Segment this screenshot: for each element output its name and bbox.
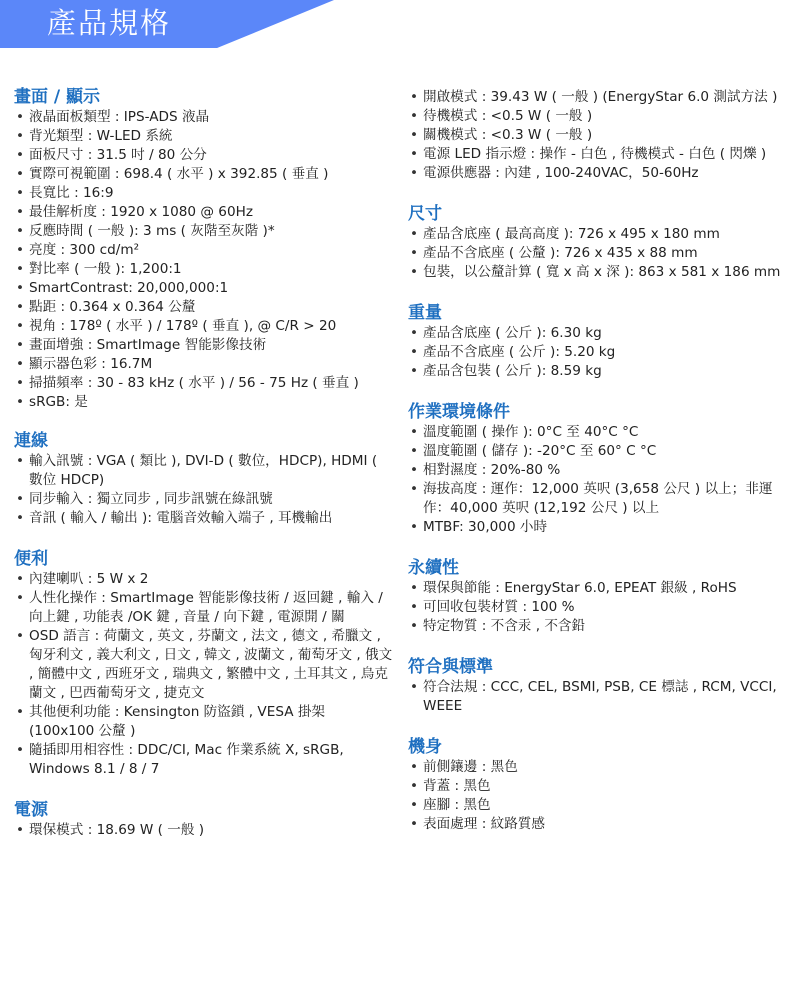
spec-list: 產品含底座 ( 公斤 ): 6.30 kg 產品不含底座 ( 公斤 ): 5.2…	[408, 324, 786, 381]
spec-list: 輸入訊號 : VGA ( 類比 ), DVI-D ( 數位，HDCP), HDM…	[14, 452, 394, 528]
section-dimensions: 尺寸 產品含底座 ( 最高高度 ): 726 x 495 x 180 mm 產品…	[408, 203, 786, 282]
left-column: 畫面 / 顯示 液晶面板類型 : IPS-ADS 液晶 背光類型 : W-LED…	[14, 86, 394, 860]
spec-item: 電源供應器 : 內建 , 100-240VAC，50-60Hz	[408, 164, 786, 183]
spec-item: 掃描頻率 : 30 - 83 kHz ( 水平 ) / 56 - 75 Hz (…	[14, 374, 394, 393]
section-sustainability: 永續性 環保與節能 : EnergyStar 6.0, EPEAT 銀級 , R…	[408, 557, 786, 636]
section-title: 永續性	[408, 557, 786, 579]
spec-item: 待機模式 : <0.5 W ( 一般 )	[408, 107, 786, 126]
spec-item: 背光類型 : W-LED 系統	[14, 127, 394, 146]
section-convenience: 便利 內建喇叭 : 5 W x 2 人性化操作 : SmartImage 智能影…	[14, 548, 394, 779]
section-cabinet: 機身 前側鑲邊 : 黑色 背蓋 : 黑色 座腳 : 黑色 表面處理 : 紋路質感	[408, 736, 786, 834]
spec-list: 環保模式 : 18.69 W ( 一般 )	[14, 821, 394, 840]
spec-item: 包裝，以公釐計算 ( 寬 x 高 x 深 ): 863 x 581 x 186 …	[408, 263, 786, 282]
section-power: 電源 環保模式 : 18.69 W ( 一般 )	[14, 799, 394, 840]
section-compliance: 符合與標準 符合法規 : CCC, CEL, BSMI, PSB, CE 標誌 …	[408, 656, 786, 716]
spec-item: 視角 : 178º ( 水平 ) / 178º ( 垂直 ), @ C/R > …	[14, 317, 394, 336]
right-column: 開啟模式 : 39.43 W ( 一般 ) (EnergyStar 6.0 測試…	[408, 88, 786, 854]
spec-list: 前側鑲邊 : 黑色 背蓋 : 黑色 座腳 : 黑色 表面處理 : 紋路質感	[408, 758, 786, 834]
section-display: 畫面 / 顯示 液晶面板類型 : IPS-ADS 液晶 背光類型 : W-LED…	[14, 86, 394, 412]
spec-item: 音訊 ( 輸入 / 輸出 ): 電腦音效輸入端子 , 耳機輸出	[14, 509, 394, 528]
spec-item: 產品不含底座 ( 公斤 ): 5.20 kg	[408, 343, 786, 362]
section-title: 連線	[14, 430, 394, 452]
spec-item: 相對濕度 : 20%-80 %	[408, 461, 786, 480]
section-operating-conditions: 作業環境條件 溫度範圍 ( 操作 ): 0°C 至 40°C °C 溫度範圍 (…	[408, 401, 786, 537]
spec-item: 亮度 : 300 cd/m²	[14, 241, 394, 260]
spec-list: 溫度範圍 ( 操作 ): 0°C 至 40°C °C 溫度範圍 ( 儲存 ): …	[408, 423, 786, 537]
section-title: 電源	[14, 799, 394, 821]
spec-item: 產品含底座 ( 公斤 ): 6.30 kg	[408, 324, 786, 343]
section-title: 重量	[408, 302, 786, 324]
section-title: 便利	[14, 548, 394, 570]
spec-item: 環保與節能 : EnergyStar 6.0, EPEAT 銀級 , RoHS	[408, 579, 786, 598]
spec-item: 點距 : 0.364 x 0.364 公釐	[14, 298, 394, 317]
spec-list: 液晶面板類型 : IPS-ADS 液晶 背光類型 : W-LED 系統 面板尺寸…	[14, 108, 394, 412]
spec-item: sRGB: 是	[14, 393, 394, 412]
spec-item: 產品含底座 ( 最高高度 ): 726 x 495 x 180 mm	[408, 225, 786, 244]
spec-item: 內建喇叭 : 5 W x 2	[14, 570, 394, 589]
spec-item: 產品含包裝 ( 公斤 ): 8.59 kg	[408, 362, 786, 381]
spec-item: 開啟模式 : 39.43 W ( 一般 ) (EnergyStar 6.0 測試…	[408, 88, 786, 107]
spec-item: 海拔高度 : 運作：12,000 英呎 (3,658 公尺 ) 以上；非運作：4…	[408, 480, 786, 518]
spec-item: 關機模式 : <0.3 W ( 一般 )	[408, 126, 786, 145]
section-title: 符合與標準	[408, 656, 786, 678]
spec-item: 溫度範圍 ( 操作 ): 0°C 至 40°C °C	[408, 423, 786, 442]
spec-item: 符合法規 : CCC, CEL, BSMI, PSB, CE 標誌 , RCM,…	[408, 678, 786, 716]
spec-item: 對比率 ( 一般 ): 1,200:1	[14, 260, 394, 279]
spec-item: 輸入訊號 : VGA ( 類比 ), DVI-D ( 數位，HDCP), HDM…	[14, 452, 394, 490]
spec-item: MTBF: 30,000 小時	[408, 518, 786, 537]
spec-item: SmartContrast: 20,000,000:1	[14, 279, 394, 298]
spec-item: 座腳 : 黑色	[408, 796, 786, 815]
spec-item: 背蓋 : 黑色	[408, 777, 786, 796]
spec-item: 產品不含底座 ( 公釐 ): 726 x 435 x 88 mm	[408, 244, 786, 263]
spec-item: 顯示器色彩 : 16.7M	[14, 355, 394, 374]
spec-item: 同步輸入 : 獨立同步 , 同步訊號在綠訊號	[14, 490, 394, 509]
spec-list: 環保與節能 : EnergyStar 6.0, EPEAT 銀級 , RoHS …	[408, 579, 786, 636]
spec-item: 隨插即用相容性 : DDC/CI, Mac 作業系統 X, sRGB, Wind…	[14, 741, 394, 779]
section-connectivity: 連線 輸入訊號 : VGA ( 類比 ), DVI-D ( 數位，HDCP), …	[14, 430, 394, 528]
section-title: 作業環境條件	[408, 401, 786, 423]
spec-item: 表面處理 : 紋路質感	[408, 815, 786, 834]
spec-item: 溫度範圍 ( 儲存 ): -20°C 至 60° C °C	[408, 442, 786, 461]
section-power-continued: 開啟模式 : 39.43 W ( 一般 ) (EnergyStar 6.0 測試…	[408, 88, 786, 183]
spec-item: 面板尺寸 : 31.5 吋 / 80 公分	[14, 146, 394, 165]
spec-item: 其他便利功能 : Kensington 防盜鎖 , VESA 掛架 (100x1…	[14, 703, 394, 741]
section-weight: 重量 產品含底座 ( 公斤 ): 6.30 kg 產品不含底座 ( 公斤 ): …	[408, 302, 786, 381]
section-title: 機身	[408, 736, 786, 758]
spec-list: 符合法規 : CCC, CEL, BSMI, PSB, CE 標誌 , RCM,…	[408, 678, 786, 716]
spec-item: 畫面增強 : SmartImage 智能影像技術	[14, 336, 394, 355]
spec-item: 反應時間 ( 一般 ): 3 ms ( 灰階至灰階 )*	[14, 222, 394, 241]
spec-item: 前側鑲邊 : 黑色	[408, 758, 786, 777]
spec-item: 最佳解析度 : 1920 x 1080 @ 60Hz	[14, 203, 394, 222]
spec-item: 特定物質 : 不含汞 , 不含鉛	[408, 617, 786, 636]
spec-item: 液晶面板類型 : IPS-ADS 液晶	[14, 108, 394, 127]
section-title: 尺寸	[408, 203, 786, 225]
spec-item: 實際可視範圍 : 698.4 ( 水平 ) x 392.85 ( 垂直 )	[14, 165, 394, 184]
spec-item: OSD 語言 : 荷蘭文 , 英文 , 芬蘭文 , 法文 , 德文 , 希臘文 …	[14, 627, 394, 703]
spec-list: 產品含底座 ( 最高高度 ): 726 x 495 x 180 mm 產品不含底…	[408, 225, 786, 282]
spec-item: 可回收包裝材質 : 100 %	[408, 598, 786, 617]
spec-list: 開啟模式 : 39.43 W ( 一般 ) (EnergyStar 6.0 測試…	[408, 88, 786, 183]
spec-item: 環保模式 : 18.69 W ( 一般 )	[14, 821, 394, 840]
spec-list: 內建喇叭 : 5 W x 2 人性化操作 : SmartImage 智能影像技術…	[14, 570, 394, 779]
spec-item: 電源 LED 指示燈 : 操作 - 白色 , 待機模式 - 白色 ( 閃爍 )	[408, 145, 786, 164]
spec-item: 人性化操作 : SmartImage 智能影像技術 / 返回鍵 , 輸入 / 向…	[14, 589, 394, 627]
section-title: 畫面 / 顯示	[14, 86, 394, 108]
page-title: 產品規格	[47, 4, 171, 42]
spec-item: 長寬比 : 16:9	[14, 184, 394, 203]
